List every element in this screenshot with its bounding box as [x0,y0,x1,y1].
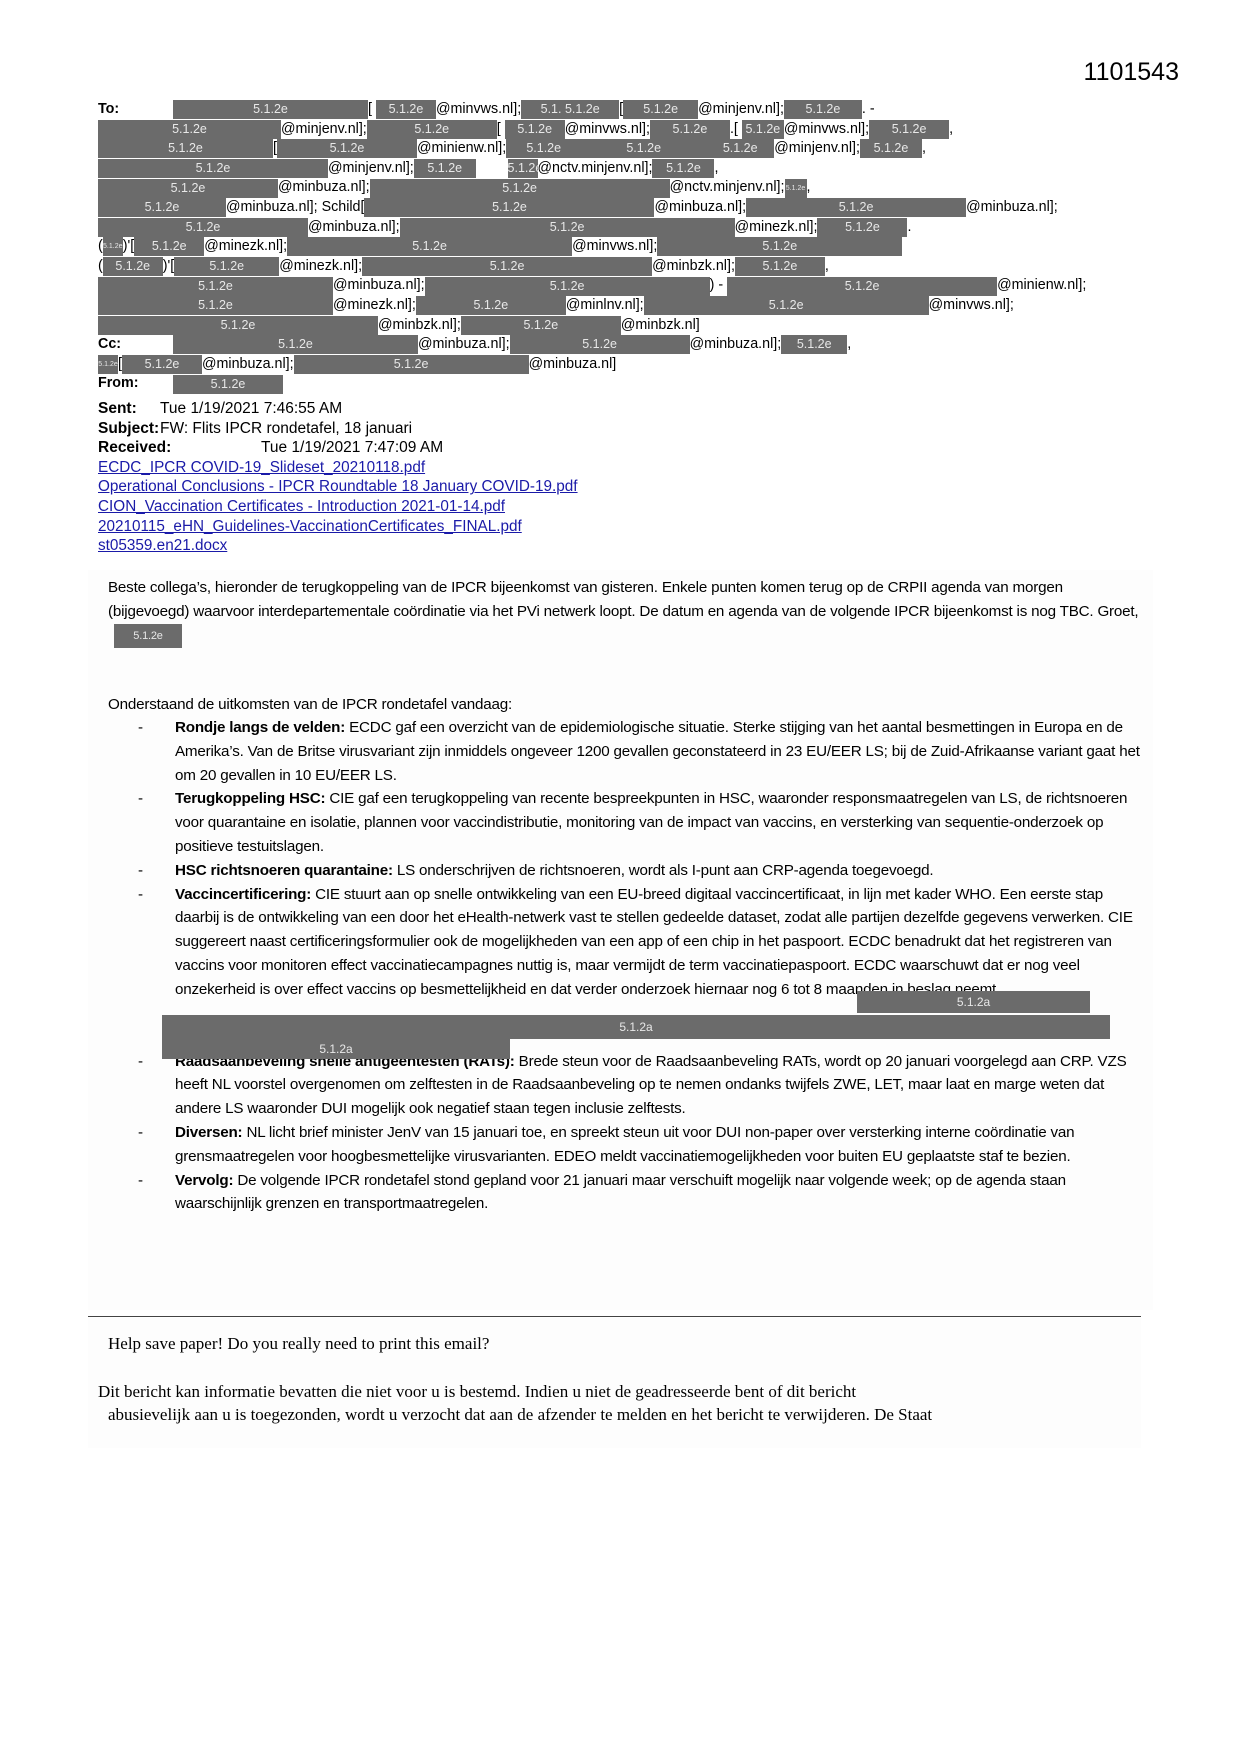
recipient-line: 5.1.2e@minbuza.nl];5.1.2e) - 5.1.2e@mini… [98,276,1128,296]
redaction-box: 5.1.2e [657,237,902,256]
redaction-box: 5.1.2e [362,257,652,276]
outcome-title: Vaccincertificering: [175,886,311,903]
attachment-link[interactable]: CION_Vaccination Certificates - Introduc… [98,497,578,517]
recipient-line: 5.1.2e[5.1.2e@minienw.nl];5.1.2e5.1.2e5.… [98,139,1128,159]
from-field: From: 5.1.2e [98,374,1128,394]
recipient-address-fragment: @minbuza.nl]; [308,218,400,238]
recipient-line: 5.1.2e@minbzk.nl];5.1.2e@minbzk.nl] [98,316,1128,336]
redaction-box: 5.1.2e [173,375,283,394]
redaction-box: 5.1.2e [727,277,997,296]
recipient-address-fragment: [ [368,100,376,120]
attachment-link[interactable]: st05359.en21.docx [98,536,578,556]
recipient-address-fragment: @minjenv.nl]; [698,100,784,120]
recipient-address-fragment: , [949,120,953,140]
recipient-address-fragment: @minbuza.nl] [529,355,617,375]
redaction-box: 5.1.2e [425,277,710,296]
redaction-box: 5.1.2a [162,1015,1110,1039]
redaction-box: 5.1.2e [742,120,784,139]
redaction-box: 5.1.2e [581,139,706,158]
redaction-box: 5.1.2e [746,198,966,217]
recipient-address-fragment [476,159,508,179]
outcome-title: Vervolg: [175,1172,233,1189]
recipient-line: Cc:5.1.2e@minbuza.nl];5.1.2e@minbuza.nl]… [98,335,1128,355]
recipient-address-fragment: @nctv.minjenv.nl]; [538,159,653,179]
redaction-box: 5.1.2e [98,296,333,315]
attachment-list: ECDC_IPCR COVID-19_Slideset_20210118.pdf… [98,458,578,556]
intro-text: Beste collega’s, hieronder de terugkoppe… [108,579,1138,620]
redaction-box: 5.1.2e [103,257,163,276]
document-number: 1101543 [1084,58,1179,87]
bullet-dash: - [138,883,143,907]
redaction-box: 5.1.2e [817,218,907,237]
recipient-address-fragment: @minezk.nl]; [333,296,416,316]
outcome-title: HSC richtsnoeren quarantaine: [175,862,393,879]
redaction-box: 5.1.2e [508,159,538,178]
redaction-box: 5.1.2e [98,139,273,158]
outcome-item: -Vervolg: De volgende IPCR rondetafel st… [138,1169,1148,1217]
cc-label: Cc: [98,335,173,355]
recipient-address-fragment: @minbuza.nl]; [278,178,370,198]
recipient-address-fragment: )'[ [163,257,174,277]
redaction-box: 5.1.2e [652,159,714,178]
recipient-line: (5.1.2e)'[5.1.2e@minezk.nl];5.1.2e@minvw… [98,237,1128,257]
redaction-box: 5.1.2e [505,120,565,139]
bullet-dash: - [138,787,143,811]
to-label: To: [98,100,173,120]
redaction-box: 5.1.2e [98,355,118,374]
disclaimer: Dit bericht kan informatie bevatten die … [98,1380,1143,1426]
redaction-box: 5.1.2e [98,277,333,296]
recipient-line: 5.1.2e@minjenv.nl];5.1.2e 5.1.2e@nctv.mi… [98,159,1128,179]
outcome-title: Rondje langs de velden: [175,719,345,736]
outcomes-heading: Onderstaand de uitkomsten van de IPCR ro… [108,693,512,717]
redaction-box: 5.1.2e [414,159,476,178]
redaction-box: 5.1.2e [785,179,807,198]
bullet-dash: - [138,1169,143,1193]
redaction-box: 5.1.2e [416,296,566,315]
redaction-box: 5.1.2e [706,139,774,158]
email-meta: Sent: Tue 1/19/2021 7:46:55 AM Subject: … [98,399,578,556]
recipient-address-fragment: @minbuza.nl]; [966,198,1058,218]
received-row: Received: Tue 1/19/2021 7:47:09 AM [98,438,578,458]
redaction-box: 5.1.2e [781,335,847,354]
recipient-address-fragment: @minvws.nl]; [784,120,869,140]
recipient-address-fragment: @minbzk.nl]; [652,257,735,277]
redaction-box: 5.1.2e [294,355,529,374]
redaction-box: 5.1.2e [364,198,654,217]
redaction-box: 5.1.2e [461,316,621,335]
cc-field: Cc:5.1.2e@minbuza.nl];5.1.2e@minbuza.nl]… [98,335,1128,374]
recipient-line: 5.1.2e@minjenv.nl];5.1.2e[ 5.1.2e@minvws… [98,120,1128,140]
redaction-box: 5.1.2e [370,179,670,198]
recipient-address-fragment: . [907,218,911,238]
recipient-address-fragment: @minbuza.nl]; [654,198,746,218]
redaction-box: 5.1.2e [98,218,308,237]
attachment-link[interactable]: 20210115_eHN_Guidelines-VaccinationCerti… [98,517,578,537]
redaction-box: 5.1.2e [173,100,368,119]
redaction-box: 5.1. 5.1.2e [521,100,619,119]
signature-redaction: 5.1.2e [114,624,182,648]
redaction-box: 5.1.2e [376,100,436,119]
recipient-line: 5.1.2e@minbuza.nl];5.1.2e@minezk.nl];5.1… [98,218,1128,238]
bullet-dash: - [138,716,143,740]
sent-value: Tue 1/19/2021 7:46:55 AM [160,399,342,419]
bullet-dash: - [138,1050,143,1074]
outcome-text: LS onderschrijven de richtsnoeren, wordt… [393,862,934,879]
recipient-address-fragment: )'[ [123,237,134,257]
recipient-address-fragment: @minlnv.nl]; [566,296,644,316]
recipient-address-fragment: , [825,257,829,277]
recipient-line: 5.1.2e@minbuza.nl];5.1.2e@nctv.minjenv.n… [98,178,1128,198]
outcome-item: -Terugkoppeling HSC: CIE gaf een terugko… [138,787,1148,858]
to-field: To:5.1.2e[ 5.1.2e@minvws.nl];5.1. 5.1.2e… [98,100,1128,335]
redaction-box: 5.1.2e [174,257,279,276]
print-notice: Help save paper! Do you really need to p… [108,1334,489,1354]
recipient-address-fragment: , [922,139,926,159]
redaction-box: 5.1.2e [869,120,949,139]
redaction-box: 5.1.2a [162,1039,510,1059]
outcome-item: -HSC richtsnoeren quarantaine: LS onders… [138,859,1148,883]
redaction-box: 5.1.2e [367,120,497,139]
recipient-address-fragment: @minezk.nl]; [735,218,818,238]
redaction-box: 5.1.2a [857,991,1090,1013]
sent-row: Sent: Tue 1/19/2021 7:46:55 AM [98,399,578,419]
bullet-dash: - [138,1121,143,1145]
redaction-box: 5.1.2e [98,159,328,178]
redaction-box: 5.1.2e [122,355,202,374]
recipient-address-fragment: @minvws.nl]; [436,100,521,120]
received-value: Tue 1/19/2021 7:47:09 AM [261,438,443,458]
recipient-address-fragment: , [714,159,718,179]
redaction-box: 5.1.2e [644,296,929,315]
recipient-address-fragment: [ [497,120,505,140]
redaction-box: 5.1.2e [134,237,204,256]
email-recipients-header: To:5.1.2e[ 5.1.2e@minvws.nl];5.1. 5.1.2e… [98,100,1128,394]
redaction-box: 5.1.2e [510,335,690,354]
recipient-address-fragment: @minienw.nl]; [417,139,506,159]
outcome-text: De volgende IPCR rondetafel stond geplan… [175,1172,1066,1213]
recipient-address-fragment: @minbuza.nl]; Schild[ [226,198,364,218]
outcome-text: NL licht brief minister JenV van 15 janu… [175,1124,1074,1165]
redaction-box: 5.1.2e [506,139,581,158]
recipient-address-fragment: . - [862,100,875,120]
recipient-address-fragment: @minjenv.nl]; [774,139,860,159]
redaction-box: 5.1.2e [173,335,418,354]
redaction-box: 5.1.2e [98,316,378,335]
redaction-box: 5.1.2e [287,237,572,256]
subject-label: Subject: [98,419,160,439]
recipient-address-fragment: @minbuza.nl]; [418,335,510,355]
recipient-line: 5.1.2e@minezk.nl];5.1.2e@minlnv.nl];5.1.… [98,296,1128,316]
outcome-item: -Rondje langs de velden: ECDC gaf een ov… [138,716,1148,787]
recipient-address-fragment: @minbzk.nl] [621,316,700,336]
redaction-box: 5.1.2e [400,218,735,237]
outcome-text: CIE stuurt aan op snelle ontwikkeling va… [175,886,1133,998]
redaction-box: 5.1.2e [735,257,825,276]
recipient-address-fragment: ) - [710,276,727,296]
recipient-line: 5.1.2e@minbuza.nl]; Schild[5.1.2e@minbuz… [98,198,1128,218]
redaction-box: 5.1.2e [103,237,123,256]
outcome-title: Diversen: [175,1124,242,1141]
recipient-address-fragment: @minvws.nl]; [565,120,650,140]
recipient-address-fragment: @minjenv.nl]; [281,120,367,140]
recipient-address-fragment: , [807,178,811,198]
recipient-address-fragment: @minezk.nl]; [279,257,362,277]
from-label: From: [98,374,173,394]
intro-paragraph: Beste collega’s, hieronder de terugkoppe… [108,576,1148,648]
footer-divider [88,1316,1141,1317]
received-label: Received: [98,438,261,458]
recipient-address-fragment: @nctv.minjenv.nl]; [670,178,785,198]
sent-label: Sent: [98,399,160,419]
recipient-address-fragment: @minienw.nl]; [997,276,1086,296]
recipient-address-fragment: @minbuza.nl]; [202,355,294,375]
recipient-address-fragment: @minbuza.nl]; [333,276,425,296]
recipient-address-fragment: @minbzk.nl]; [378,316,461,336]
redaction-box: 5.1.2e [98,198,226,217]
recipient-address-fragment: @minbuza.nl]; [690,335,782,355]
disclaimer-line: abusievelijk aan u is toegezonden, wordt… [98,1403,1143,1426]
attachment-link[interactable]: Operational Conclusions - IPCR Roundtabl… [98,477,578,497]
recipient-address-fragment: @minvws.nl]; [572,237,657,257]
recipient-line: To:5.1.2e[ 5.1.2e@minvws.nl];5.1. 5.1.2e… [98,100,1128,120]
recipient-address-fragment: , [847,335,851,355]
redaction-box: 5.1.2e [98,179,278,198]
attachment-link[interactable]: ECDC_IPCR COVID-19_Slideset_20210118.pdf [98,458,578,478]
recipient-line: 5.1.2e[5.1.2e@minbuza.nl];5.1.2e@minbuza… [98,355,1128,375]
recipient-address-fragment: .[ [730,120,742,140]
bullet-dash: - [138,859,143,883]
recipient-address-fragment: @minjenv.nl]; [328,159,414,179]
subject-row: Subject: FW: Flits IPCR rondetafel, 18 j… [98,419,578,439]
redaction-box: 5.1.2e [650,120,730,139]
email-footer: Help save paper! Do you really need to p… [88,1318,1141,1448]
outcome-item: -Raadsaanbeveling snelle antigeentesten … [138,1050,1148,1121]
outcome-item: -Diversen: NL licht brief minister JenV … [138,1121,1148,1169]
recipient-line: (5.1.2e)'[5.1.2e@minezk.nl];5.1.2e@minbz… [98,257,1128,277]
redaction-box: 5.1.2e [277,139,417,158]
subject-value: FW: Flits IPCR rondetafel, 18 januari [160,419,412,439]
recipient-address-fragment: @minvws.nl]; [929,296,1014,316]
disclaimer-line: Dit bericht kan informatie bevatten die … [98,1380,1143,1403]
redaction-box: 5.1.2e [784,100,862,119]
outcome-title: Terugkoppeling HSC: [175,790,325,807]
redaction-box: 5.1.2e [623,100,698,119]
redaction-box: 5.1.2e [98,120,281,139]
redaction-box: 5.1.2e [860,139,922,158]
recipient-address-fragment: @minezk.nl]; [204,237,287,257]
outcome-list: -Rondje langs de velden: ECDC gaf een ov… [138,716,1148,1216]
